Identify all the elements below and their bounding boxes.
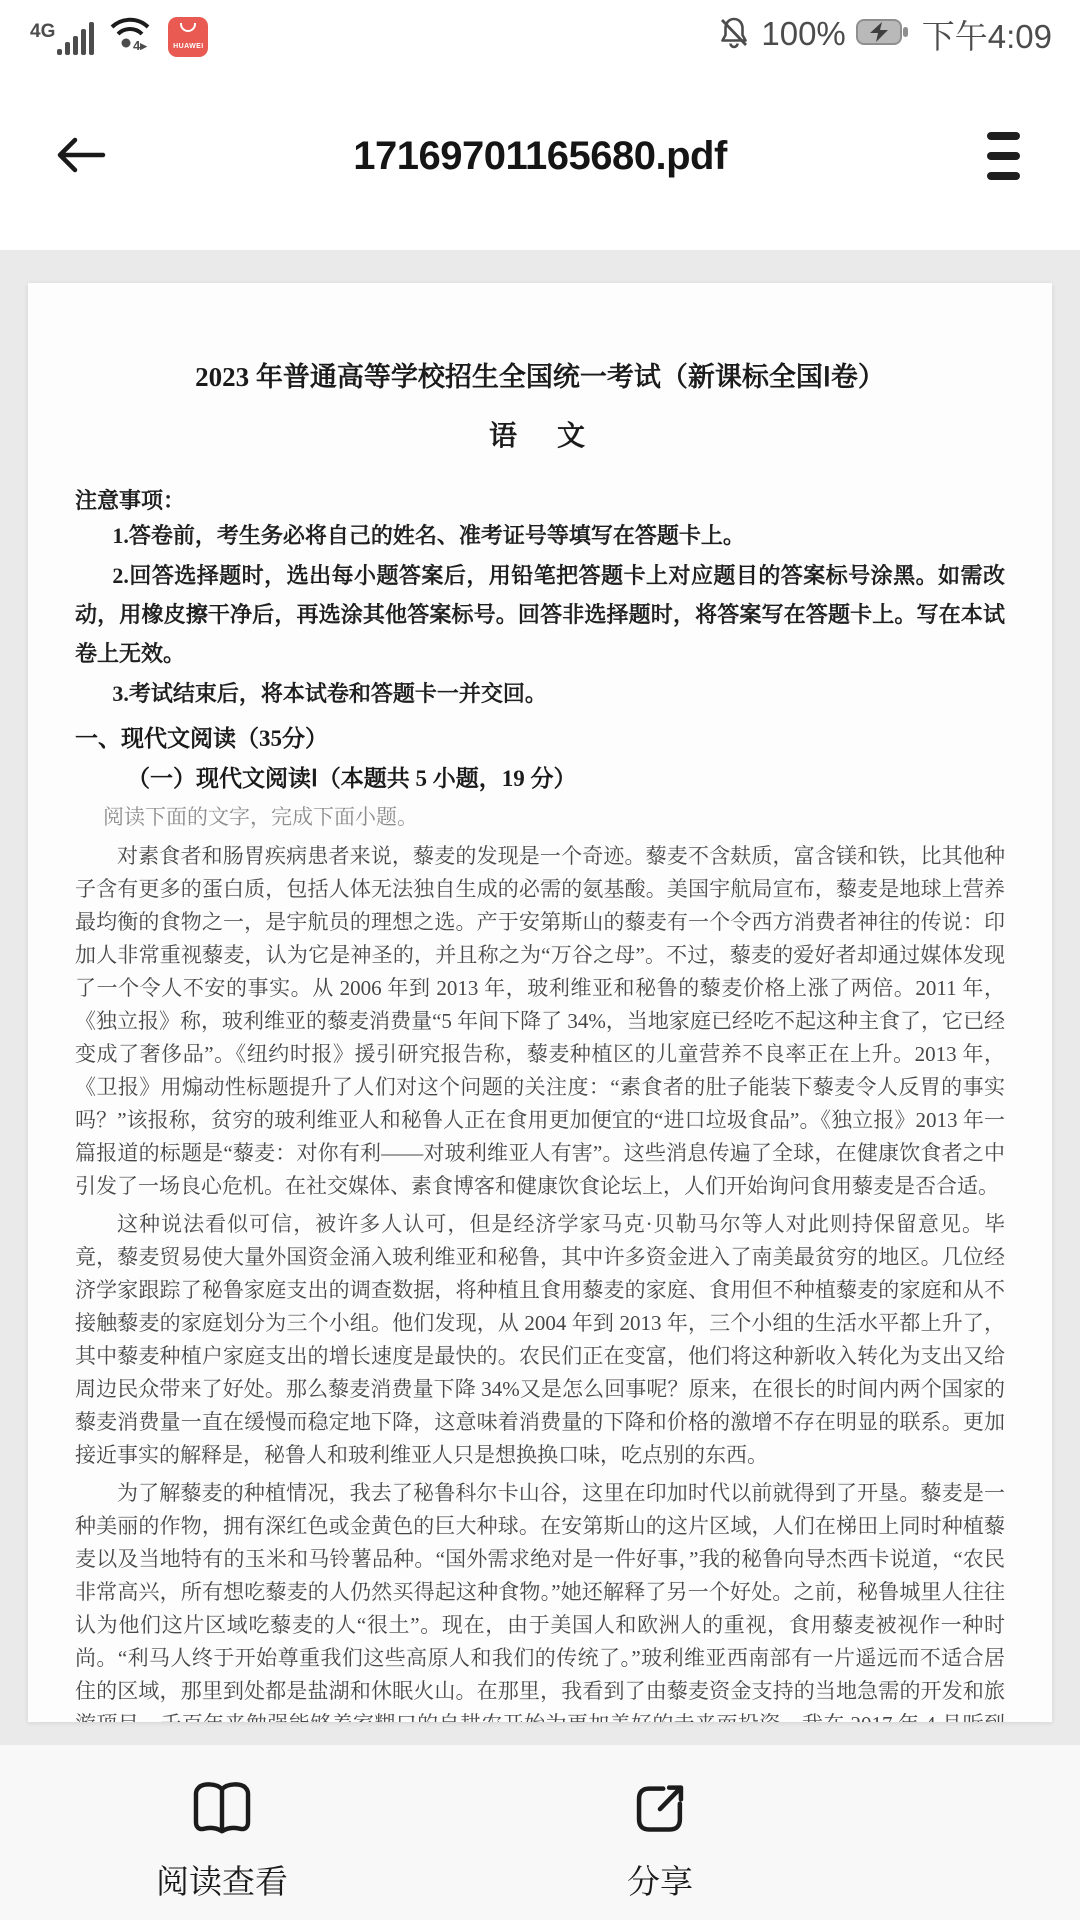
clock-label: 下午4:09 [922, 11, 1052, 58]
body-paragraph: 对素食者和肠胃疾病患者来说，藜麦的发现是一个奇迹。藜麦不含麸质，富含镁和铁，比其… [75, 840, 1005, 1203]
reading-instruction: 阅读下面的文字，完成下面小题。 [75, 800, 1005, 835]
appgallery-wordmark: HUAWEI [173, 43, 203, 50]
share-button[interactable]: 分享 [550, 1779, 770, 1903]
status-left-cluster: 4G 4▸ HUAWEI [30, 12, 208, 57]
menu-bar [987, 172, 1020, 180]
read-view-label: 阅读查看 [156, 1856, 288, 1903]
wifi-icon: 4▸ [108, 12, 152, 57]
battery-percent-label: 100% [761, 15, 845, 53]
svg-text:4▸: 4▸ [133, 38, 148, 52]
document-title: 17169701165680.pdf [0, 134, 1080, 179]
share-icon [630, 1779, 690, 1840]
status-bar: 4G 4▸ HUAWEI [0, 0, 1080, 62]
signal-bars-icon [57, 23, 94, 57]
exam-subject: 语 文 [75, 414, 1005, 454]
notice-item: 3.考试结束后，将本试卷和答题卡一并交回。 [75, 674, 1005, 713]
notice-item: 1.答卷前，考生务必将自己的姓名、准考证号等填写在答题卡上。 [75, 516, 1005, 555]
notice-heading: 注意事项： [75, 484, 1005, 515]
bottom-toolbar: 阅读查看 分享 [0, 1745, 1080, 1920]
huawei-appgallery-icon: HUAWEI [168, 17, 208, 57]
pdf-page: 2023 年普通高等学校招生全国统一考试（新课标全国Ⅰ卷） 语 文 注意事项： … [28, 283, 1052, 1722]
notifications-muted-icon [716, 14, 752, 55]
status-right-cluster: 100% 下午4:09 [716, 11, 1052, 58]
body-paragraph: 这种说法看似可信，被许多人认可，但是经济学家马克·贝勒马尔等人对此则持保留意见。… [75, 1208, 1005, 1472]
network-type-label: 4G [30, 23, 55, 41]
section-heading: 一、现代文阅读（35分） [75, 719, 1005, 759]
menu-bar [987, 132, 1020, 140]
share-label: 分享 [627, 1856, 693, 1903]
menu-bar [987, 152, 1020, 160]
menu-button[interactable] [987, 132, 1020, 180]
book-icon [191, 1779, 253, 1840]
app-header: 17169701165680.pdf [0, 62, 1080, 250]
notice-item: 2.回答选择题时，选出每小题答案后，用铅笔把答题卡上对应题目的答案标号涂黑。如需… [75, 556, 1005, 673]
body-paragraph: 为了解藜麦的种植情况，我去了秘鲁科尔卡山谷，这里在印加时代以前就得到了开垦。藜麦… [75, 1477, 1005, 1722]
phone-screen: 4G 4▸ HUAWEI [0, 0, 1080, 1920]
back-button[interactable] [50, 131, 110, 181]
pdf-viewport[interactable]: 2023 年普通高等学校招生全国统一考试（新课标全国Ⅰ卷） 语 文 注意事项： … [0, 250, 1080, 1745]
exam-title: 2023 年普通高等学校招生全国统一考试（新课标全国Ⅰ卷） [75, 355, 1005, 394]
appgallery-smile-glyph [180, 23, 196, 32]
subsection-heading: （一）现代文阅读Ⅰ（本题共 5 小题，19 分） [75, 759, 1005, 799]
battery-charging-icon [855, 17, 909, 52]
cellular-signal-icon: 4G [30, 23, 94, 57]
read-view-button[interactable]: 阅读查看 [112, 1779, 332, 1903]
